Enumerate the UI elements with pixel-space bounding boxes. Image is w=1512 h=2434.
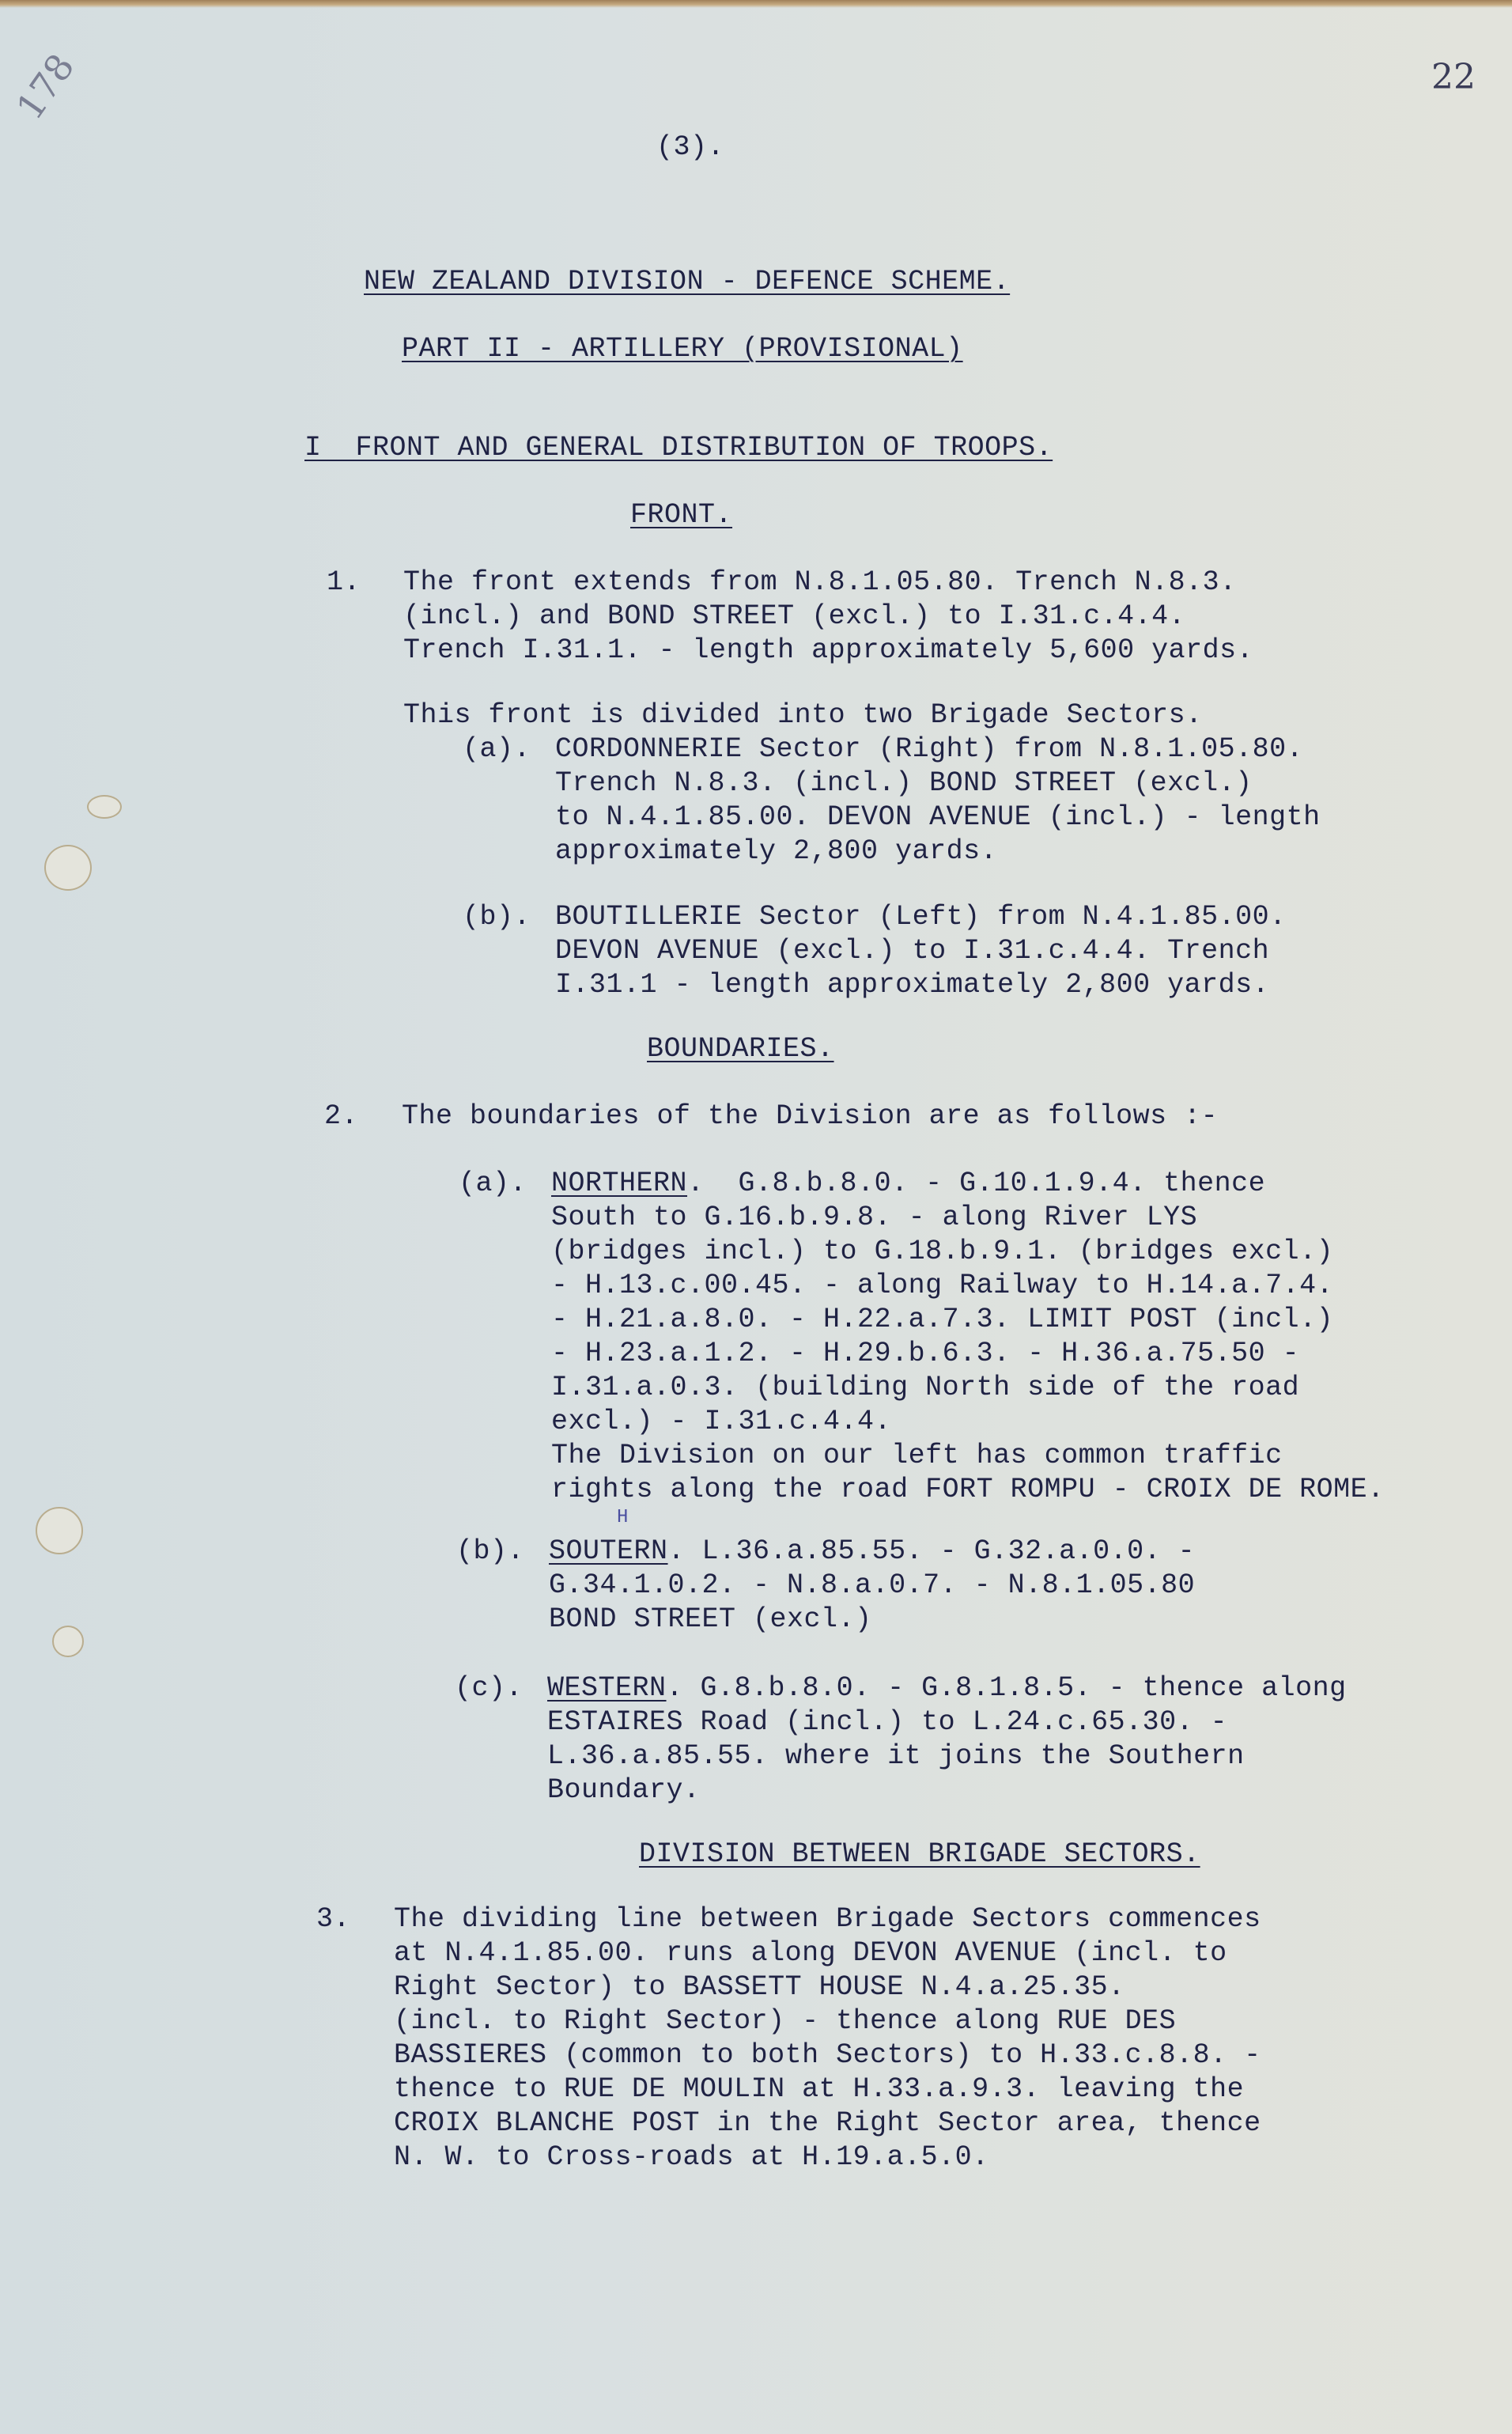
boundary-a-line: rights along the road FORT ROMPU - CROIX… <box>551 1473 1385 1507</box>
item3-line: The dividing line between Brigade Sector… <box>394 1902 1261 1936</box>
boundary-a-line: I.31.a.0.3. (building North side of the … <box>551 1371 1299 1405</box>
sector-b-line: I.31.1 - length approximately 2,800 yard… <box>555 968 1269 1002</box>
boundary-a-line: - H.21.a.8.0. - H.22.a.7.3. LIMIT POST (… <box>551 1303 1333 1337</box>
document-title: NEW ZEALAND DIVISION - DEFENCE SCHEME. <box>364 265 1010 299</box>
item-number-1: 1. <box>327 566 361 600</box>
boundary-c-label: (c). <box>455 1671 523 1705</box>
sector-b-line: DEVON AVENUE (excl.) to I.31.c.4.4. Tren… <box>555 934 1269 968</box>
stamped-page-number: 22 <box>1431 57 1476 97</box>
boundary-a-line: - H.23.a.1.2. - H.29.b.6.3. - H.36.a.75.… <box>551 1337 1299 1371</box>
item3-line: (incl. to Right Sector) - thence along R… <box>394 2004 1176 2038</box>
division-intro: This front is divided into two Brigade S… <box>403 698 1203 732</box>
boundary-a-line: The Division on our left has common traf… <box>551 1439 1283 1473</box>
item1-line: The front extends from N.8.1.05.80. Tren… <box>403 566 1237 600</box>
boundary-c-name: WESTERN <box>547 1672 667 1704</box>
boundary-a-line: - H.13.c.00.45. - along Railway to H.14.… <box>551 1269 1333 1303</box>
item3-line: Right Sector) to BASSETT HOUSE N.4.a.25.… <box>394 1970 1125 2004</box>
brigade-division-heading: DIVISION BETWEEN BRIGADE SECTORS. <box>639 1838 1200 1872</box>
item2-intro: The boundaries of the Division are as fo… <box>402 1100 1218 1134</box>
item1-line: Trench I.31.1. - length approximately 5,… <box>403 634 1253 668</box>
front-heading: FRONT. <box>630 498 732 532</box>
sector-a-line: to N.4.1.85.00. DEVON AVENUE (incl.) - l… <box>555 801 1321 835</box>
sector-b-label: (b). <box>463 900 531 934</box>
item3-line: BASSIERES (common to both Sectors) to H.… <box>394 2038 1261 2072</box>
boundary-a-line: excl.) - I.31.c.4.4. <box>551 1405 891 1439</box>
punch-hole <box>44 845 92 891</box>
boundaries-heading: BOUNDARIES. <box>647 1032 834 1066</box>
sector-b-line: BOUTILLERIE Sector (Left) from N.4.1.85.… <box>555 900 1287 934</box>
item3-line: N. W. to Cross-roads at H.19.a.5.0. <box>394 2141 989 2175</box>
boundary-a-line: South to G.16.b.9.8. - along River LYS <box>551 1201 1197 1235</box>
sector-a-line: Trench N.8.3. (incl.) BOND STREET (excl.… <box>555 767 1253 801</box>
boundary-c-line: L.36.a.85.55. where it joins the Souther… <box>547 1739 1245 1773</box>
item3-line: at N.4.1.85.00. runs along DEVON AVENUE … <box>394 1936 1227 1970</box>
correction-mark: H <box>617 1507 628 1528</box>
boundary-a-label: (a). <box>459 1167 527 1201</box>
boundary-b-line: BOND STREET (excl.) <box>549 1603 872 1637</box>
page-top-edge <box>0 0 1512 8</box>
boundary-c-line: ESTAIRES Road (incl.) to L.24.c.65.30. - <box>547 1705 1227 1739</box>
boundary-b-label: (b). <box>456 1535 524 1569</box>
punch-hole <box>87 795 122 819</box>
punch-hole <box>52 1626 84 1657</box>
boundary-a-line: (bridges incl.) to G.18.b.9.1. (bridges … <box>551 1235 1333 1269</box>
section-heading: I FRONT AND GENERAL DISTRIBUTION OF TROO… <box>304 431 1053 465</box>
sector-a-label: (a). <box>463 732 531 767</box>
boundary-a-name: NORTHERN <box>551 1168 687 1199</box>
boundary-c-line: Boundary. <box>547 1773 701 1808</box>
page-marker: (3). <box>656 131 724 165</box>
document-subtitle: PART II - ARTILLERY (PROVISIONAL) <box>402 332 963 366</box>
item1-line: (incl.) and BOND STREET (excl.) to I.31.… <box>403 600 1185 634</box>
boundary-b-name: SOUTERN <box>549 1535 668 1567</box>
item-number-3: 3. <box>316 1902 350 1936</box>
sector-a-line: CORDONNERIE Sector (Right) from N.8.1.05… <box>555 732 1303 767</box>
sector-a-line: approximately 2,800 yards. <box>555 835 997 869</box>
boundary-b-line: G.34.1.0.2. - N.8.a.0.7. - N.8.1.05.80 <box>549 1569 1195 1603</box>
boundary-b-first-line: SOUTERN. L.36.a.85.55. - G.32.a.0.0. - <box>549 1535 1195 1569</box>
item3-line: thence to RUE DE MOULIN at H.33.a.9.3. l… <box>394 2072 1244 2107</box>
boundary-a-first-line: NORTHERN. G.8.b.8.0. - G.10.1.9.4. thenc… <box>551 1167 1265 1201</box>
handwritten-folio: 178 <box>8 103 77 146</box>
boundary-c-first-line: WESTERN. G.8.b.8.0. - G.8.1.8.5. - thenc… <box>547 1671 1347 1705</box>
item3-line: CROIX BLANCHE POST in the Right Sector a… <box>394 2107 1261 2141</box>
punch-hole <box>36 1507 83 1554</box>
item-number-2: 2. <box>324 1100 358 1134</box>
